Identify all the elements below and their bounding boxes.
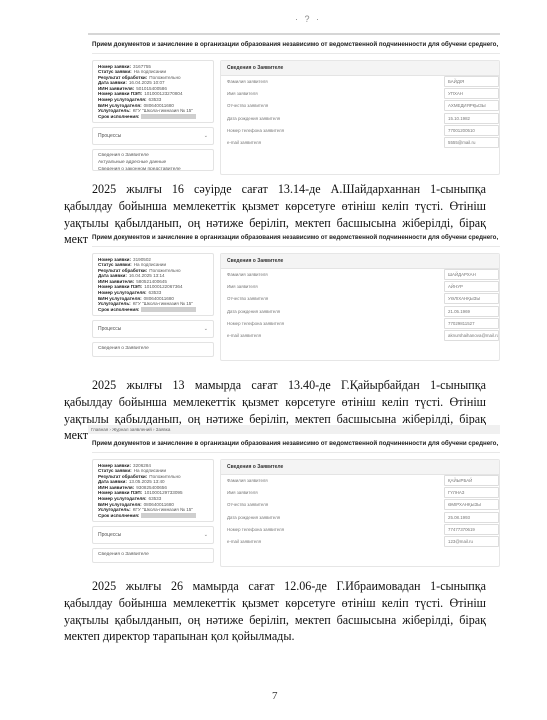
- field-label: Номер телефона заявителя: [227, 527, 284, 532]
- applicant-iin: 501015400586: [136, 86, 167, 91]
- section-nav: Сведения о Заявителе: [92, 548, 214, 563]
- redacted-deadline: [141, 513, 196, 518]
- label: Срок исполнения:: [98, 513, 139, 518]
- first-name-field[interactable]: ГҮЛНАЗ: [444, 487, 499, 498]
- label: Результат обработки:: [98, 75, 147, 80]
- surname-field[interactable]: БАЙДІЯ: [444, 76, 499, 87]
- applicant-iin: 580521400645: [136, 279, 167, 284]
- birthdate-field[interactable]: 21.05.1969: [444, 306, 499, 317]
- application-info-card: Номер заявки:3167755 Статус заявки:На по…: [92, 60, 214, 124]
- label: Дата заявки:: [98, 80, 127, 85]
- birthdate-field[interactable]: 15.10.1982: [444, 113, 499, 124]
- page-number: 7: [272, 690, 278, 702]
- first-name-field[interactable]: УПХАН: [444, 88, 499, 99]
- application-date: 16.04.2025 13:14: [129, 273, 165, 278]
- provider-number: 63533: [149, 496, 162, 501]
- label: Дата заявки:: [98, 273, 127, 278]
- label: Дата заявки:: [98, 479, 127, 484]
- surname-field[interactable]: ШАЙДАРХАН: [444, 269, 499, 280]
- patronymic-field[interactable]: ӨМІРХАНҚЫЗЫ: [444, 499, 499, 510]
- birthdate-field[interactable]: 25.08.1993: [444, 512, 499, 523]
- paragraph-3: 2025 жылғы 26 мамырда сағат 12.06-де Г.И…: [64, 578, 486, 645]
- provider-number: 63533: [149, 97, 162, 102]
- label: Номер заявки:: [98, 463, 131, 468]
- field-label: Фамилия заявителя: [227, 272, 268, 277]
- provider-bin: 080640011680: [144, 296, 174, 301]
- email-field[interactable]: 5555@mail.ru: [444, 137, 499, 148]
- label: Номер заявки:: [98, 64, 131, 69]
- divider: [92, 246, 500, 247]
- pep-number: 101000122067364: [144, 284, 182, 289]
- label: Номер заявки ПЭП:: [98, 91, 142, 96]
- processes-label: Процессы: [98, 532, 121, 538]
- section-nav: Сведения о Заявителе: [92, 342, 214, 357]
- application-status: На подписании: [134, 468, 166, 473]
- divider: [92, 452, 500, 453]
- service-title: Прием документов и зачисление в организа…: [92, 234, 500, 242]
- processes-accordion[interactable]: Процессы ⌄: [92, 526, 214, 544]
- label: Статус заявки:: [98, 69, 132, 74]
- application-info-card: Номер заявки:3190502 Статус заявки:На по…: [92, 253, 214, 317]
- field-label: Отчество заявителя: [227, 103, 268, 108]
- application-number: 3190502: [133, 257, 151, 262]
- processes-label: Процессы: [98, 133, 121, 139]
- label: Услугодатель:: [98, 507, 131, 512]
- breadcrumb[interactable]: Главная › Журнал заявлений › Заявка: [88, 425, 500, 434]
- processes-label: Процессы: [98, 326, 121, 332]
- label: Услугодатель:: [98, 108, 131, 113]
- field-label: Имя заявителя: [227, 91, 258, 96]
- chevron-down-icon: ⌄: [204, 326, 208, 332]
- field-label: Фамилия заявителя: [227, 478, 268, 483]
- field-label: Дата рождения заявителя: [227, 116, 280, 121]
- screenshot-3: Главная › Журнал заявлений › Заявка Прие…: [88, 425, 500, 567]
- field-label: Дата рождения заявителя: [227, 309, 280, 314]
- label: БИН услугодателя:: [98, 296, 142, 301]
- applicant-iin: 930825400656: [136, 485, 167, 490]
- application-date: 16.04.2025 10:07: [129, 80, 165, 85]
- applicant-panel: Сведения о Заявителе Фамилия заявителяБА…: [220, 60, 500, 176]
- label: ИИН заявителя:: [98, 279, 134, 284]
- phone-field[interactable]: 77029811527: [444, 318, 499, 329]
- first-name-field[interactable]: АЙНУР: [444, 281, 499, 292]
- provider-name: КГУ "Школа-гимназия № 15": [133, 301, 193, 306]
- service-title: Прием документов и зачисление в организа…: [92, 440, 500, 448]
- applicant-panel: Сведения о Заявителе Фамилия заявителяША…: [220, 253, 500, 362]
- redacted-deadline: [141, 114, 196, 119]
- label: Номер услугодателя:: [98, 97, 147, 102]
- label: Статус заявки:: [98, 262, 132, 267]
- nav-item-address[interactable]: Актуальные адресные данные: [98, 160, 208, 167]
- phone-field[interactable]: 77001200510: [444, 125, 499, 136]
- label: Результат обработки:: [98, 268, 147, 273]
- label: Услугодатель:: [98, 301, 131, 306]
- field-label: Имя заявителя: [227, 490, 258, 495]
- label: ИИН заявителя:: [98, 86, 134, 91]
- application-number: 3167755: [133, 64, 151, 69]
- surname-field[interactable]: ҚАЙЫРБАЙ: [444, 475, 499, 486]
- provider-name: КГУ "Школа-гимназия № 15": [133, 507, 193, 512]
- field-label: Отчество заявителя: [227, 296, 268, 301]
- application-status: На подписании: [134, 262, 166, 267]
- field-label: e-mail заявителя: [227, 333, 261, 338]
- applicant-panel: Сведения о Заявителе Фамилия заявителяҚА…: [220, 459, 500, 568]
- chevron-down-icon: ⌄: [204, 532, 208, 538]
- nav-item-representative[interactable]: Сведения о законном представителе: [98, 167, 208, 172]
- label: Срок исполнения:: [98, 307, 139, 312]
- screenshot-1: Прием документов и зачисление в организа…: [88, 33, 500, 175]
- provider-name: КГУ "Школа-гимназия № 15": [133, 108, 193, 113]
- redacted-deadline: [141, 307, 196, 312]
- field-label: Номер телефона заявителя: [227, 321, 284, 326]
- page-top-mark: · ? ·: [295, 14, 321, 24]
- panel-header: Сведения о Заявителе: [221, 254, 499, 269]
- label: Номер заявки ПЭП:: [98, 284, 142, 289]
- screenshot-2: Прием документов и зачисление в организа…: [88, 234, 500, 361]
- provider-bin: 080640011680: [144, 103, 174, 108]
- label: БИН услугодателя:: [98, 502, 142, 507]
- application-info-card: Номер заявки:3206284 Статус заявки:На по…: [92, 459, 214, 523]
- provider-number: 63533: [149, 290, 162, 295]
- label: Результат обработки:: [98, 474, 147, 479]
- pep-number: 101000123270804: [144, 91, 182, 96]
- label: ИИН заявителя:: [98, 485, 134, 490]
- label: Статус заявки:: [98, 468, 132, 473]
- nav-item-applicant[interactable]: Сведения о Заявителе: [98, 552, 208, 559]
- label: Номер услугодателя:: [98, 496, 147, 501]
- processing-result: Положительно: [149, 474, 180, 479]
- provider-bin: 080640011680: [144, 502, 174, 507]
- label: Номер заявки ПЭП:: [98, 490, 142, 495]
- field-label: Имя заявителя: [227, 284, 258, 289]
- chevron-down-icon: ⌄: [204, 133, 208, 139]
- phone-field[interactable]: 77477370619: [444, 524, 499, 535]
- application-number: 3206284: [133, 463, 151, 468]
- divider: [88, 33, 500, 35]
- panel-header: Сведения о Заявителе: [221, 61, 499, 76]
- processes-accordion[interactable]: Процессы ⌄: [92, 320, 214, 338]
- field-label: Номер телефона заявителя: [227, 128, 284, 133]
- label: Срок исполнения:: [98, 114, 139, 119]
- email-field[interactable]: aknurshaihanova@mail.ru: [444, 330, 499, 341]
- label: Номер услугодателя:: [98, 290, 147, 295]
- patronymic-field[interactable]: АХМЕДИЯРҚЫЗЫ: [444, 100, 499, 111]
- processing-result: Положительно: [149, 75, 180, 80]
- section-nav: Сведения о Заявителе Актуальные адресные…: [92, 149, 214, 171]
- processes-accordion[interactable]: Процессы ⌄: [92, 127, 214, 145]
- field-label: e-mail заявителя: [227, 539, 261, 544]
- label: Номер заявки:: [98, 257, 131, 262]
- field-label: Фамилия заявителя: [227, 79, 268, 84]
- processing-result: Положительно: [149, 268, 180, 273]
- divider: [92, 53, 500, 54]
- field-label: Отчество заявителя: [227, 502, 268, 507]
- email-field[interactable]: 123@mail.ru: [444, 536, 499, 547]
- application-date: 13.05.2025 13:40: [129, 479, 165, 484]
- nav-item-applicant[interactable]: Сведения о Заявителе: [98, 346, 208, 353]
- application-status: На подписании: [134, 69, 166, 74]
- service-title: Прием документов и зачисление в организа…: [92, 41, 500, 49]
- patronymic-field[interactable]: УӘЛІХАНҚЫЗЫ: [444, 293, 499, 304]
- field-label: Дата рождения заявителя: [227, 515, 280, 520]
- panel-header: Сведения о Заявителе: [221, 460, 499, 475]
- label: БИН услугодателя:: [98, 103, 142, 108]
- pep-number: 101000129733095: [144, 490, 182, 495]
- field-label: e-mail заявителя: [227, 140, 261, 145]
